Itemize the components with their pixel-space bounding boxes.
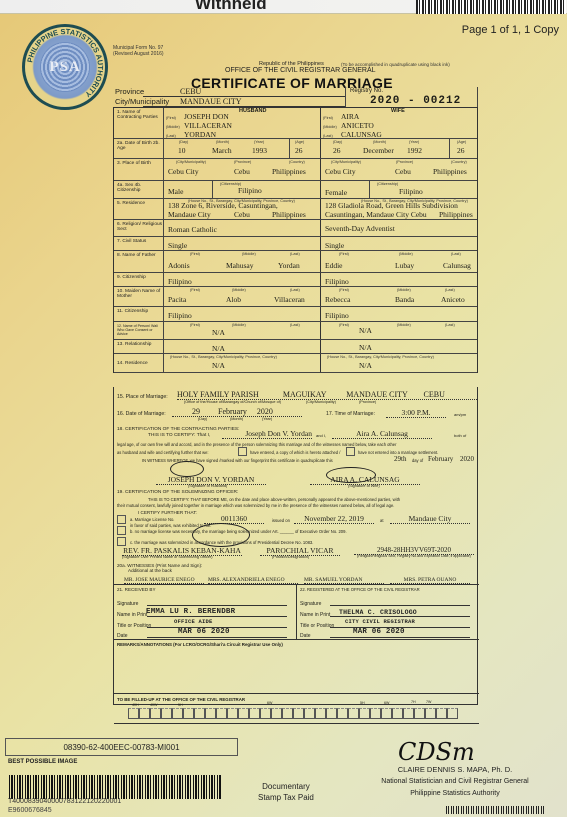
husband-first: JOSEPH DON — [184, 112, 229, 121]
received-title-field: Title or Position — [117, 623, 151, 629]
province-label: Province — [115, 87, 144, 96]
wife-last: CALUNSAG — [341, 130, 382, 139]
wife-consent-residence: N/A — [359, 361, 372, 370]
sublabel: (Month) — [216, 140, 229, 144]
officer-position-label: (Position/Designation) — [272, 555, 309, 559]
wife-name-cell: WIFE (First) AIRA (Middle) ANICETO (Last… — [321, 108, 477, 138]
field-label: Title or Position — [117, 623, 151, 629]
settlement-checkbox-not-entered[interactable] — [346, 447, 355, 456]
wife-residence-country: Philippines — [439, 210, 473, 219]
witness-month: February — [428, 455, 453, 463]
issued-on-label: issued on — [272, 518, 290, 523]
row-mother: 10. Maiden Name of Mother (First) (Middl… — [114, 287, 477, 307]
husband-relationship-cell: N/A — [164, 340, 321, 353]
field-label: Signature — [300, 601, 321, 607]
parties-grid: 1. Name of Contracting Parties HUSBAND (… — [113, 107, 478, 373]
sublabel: (House No., St., Barangay, City/Municipa… — [327, 355, 434, 359]
both-of-label: both of — [454, 433, 466, 438]
cert-parties-line3a: as husband and wife and certifying furth… — [117, 450, 208, 455]
sublabel: (Citizenship) — [377, 182, 398, 186]
sublabel: (Country) — [289, 160, 305, 164]
province-value: CEBU — [180, 87, 201, 96]
row-label: 2a. Date of Birth 2b. Age — [114, 139, 164, 158]
husband-father-cell: (First) (Middle) (Last) Adonis Mahusay Y… — [164, 251, 321, 272]
witness-year: 2020 — [460, 455, 474, 463]
signatory-name: CLAIRE DENNIS S. MAPA, Ph. D. — [360, 764, 550, 776]
wife-consent-cell: (First) (Middle) (Last) N/A — [321, 322, 477, 339]
wife-sex-cell: Female (Citizenship) Filipino — [321, 181, 477, 198]
received-date-stamp: MAR 06 2020 — [178, 628, 230, 636]
wife-sex: Female — [325, 188, 347, 197]
witnesses-sub: Additional at the back — [128, 568, 172, 573]
wife-mother-cell: (First) (Middle) (Last) Rebecca Banda An… — [321, 287, 477, 306]
registry-label: Registry No. — [350, 88, 383, 94]
signatory-signature: CDSm — [398, 738, 475, 766]
husband-mother-cell: (First) (Middle) (Last) Pacita Alob Vill… — [164, 287, 321, 306]
row-label: 12. Name of Person/ Wali Who Gave Consen… — [114, 322, 164, 339]
husband-pob-cell: (City/Municipality) (Province) (Country)… — [164, 159, 321, 180]
row-father: 8. Name of Father (First) (Middle) (Last… — [114, 251, 477, 273]
wife-birth-month: December — [363, 146, 394, 155]
sublabel: (First) — [190, 252, 200, 256]
registered-box: 22. REGISTERED AT THE OFFICE OF THE CIVI… — [297, 584, 479, 639]
sublabel: (Age) — [457, 140, 466, 144]
documentary-stamp-label: Documentary Stamp Tax Paid — [258, 781, 314, 803]
sublabel: (Day) — [333, 140, 342, 144]
row-civil-status: 7. Civil Status Single Single — [114, 237, 477, 251]
date-of-marriage-line: 29 February 2020 — [172, 407, 302, 417]
sublabel: (Middle) — [232, 323, 246, 327]
witness-4-name: MRS. PETRA OUANO — [390, 577, 470, 584]
city-value: MANDAUE CITY — [180, 97, 242, 106]
time-of-marriage: 3:00 P.M. — [386, 408, 446, 418]
sublabel: (Last) — [290, 288, 300, 292]
husband-mother-citizenship-cell: Filipino — [164, 307, 321, 321]
wife-father-last: Calunsag — [443, 261, 471, 270]
row-label: 4a. Sex 4b. Citizenship — [114, 181, 164, 198]
sublabel: (First) — [190, 288, 200, 292]
husband-consent-name: N/A — [212, 328, 225, 337]
sublabel: (House No., St., Barangay, City/Municipa… — [170, 355, 277, 359]
wife-civil-status-cell: Single — [321, 237, 477, 250]
registry-box: Registry No. 2020 - 00212 — [345, 87, 478, 107]
wife-birth-province: Cebu — [395, 167, 411, 176]
received-signature-field: Signature — [117, 601, 138, 607]
certify-further-label: I CERTIFY FURTHER THAT: — [138, 510, 197, 515]
signatory-org: Philippine Statistics Authority — [360, 788, 550, 800]
sublabel: (Middle) — [399, 252, 413, 256]
husband-residence-country: Philippines — [272, 210, 306, 219]
code-label: 5H — [178, 703, 183, 707]
officer-name-label: (Signature Over Printed Name of Solemniz… — [122, 555, 212, 559]
sublabel: (First) — [339, 323, 349, 327]
sublabel: (Middle) — [166, 125, 180, 129]
sublabel: (Day) — [198, 417, 207, 421]
husband-birth-month: March — [212, 146, 232, 155]
seal-center: PSA — [40, 42, 90, 92]
wife-birth-city: Cebu City — [325, 167, 356, 176]
row-label: 10. Maiden Name of Mother — [114, 287, 164, 306]
row-residence: 5. Residence (House No., St., Barangay, … — [114, 199, 477, 220]
field-label: Name in Print — [300, 612, 330, 618]
husband-last: YORDAN — [184, 130, 216, 139]
sublabel: (Month) — [230, 417, 243, 421]
registered-heading: 22. REGISTERED AT THE OFFICE OF THE CIVI… — [300, 587, 420, 592]
wife-mother-last: Aniceto — [441, 295, 465, 304]
field-label: Title or Position — [300, 623, 334, 629]
wife-residence-line1: 128 Gladiola Road, Green Hills Subdivisi… — [325, 201, 458, 210]
received-heading: 21. RECEIVED BY — [117, 587, 156, 592]
place-church: HOLY FAMILY PARISH — [177, 390, 259, 399]
form-meta: Municipal Form No. 97 (Revised August 20… — [113, 45, 164, 57]
field-label: Signature — [117, 601, 138, 607]
option-c-checkbox[interactable] — [117, 537, 126, 546]
wife-religion: Seventh-Day Adventist — [325, 224, 395, 233]
husband-consent-cell: (First) (Middle) (Last) N/A — [164, 322, 321, 339]
husband-birth-province: Cebu — [234, 167, 250, 176]
husband-residence-city: Mandaue City — [168, 210, 211, 219]
row-dob: 2a. Date of Birth 2b. Age (Day) (Month) … — [114, 139, 477, 159]
registered-title-stamp: CITY CIVIL REGISTRAR — [345, 618, 415, 625]
code-label: 6W — [384, 701, 389, 705]
husband-age: 26 — [295, 146, 303, 155]
husband-header: HUSBAND — [239, 108, 267, 114]
signatory-title: National Statistician and Civil Registra… — [360, 776, 550, 788]
license-issued-date: November 22, 2019 — [294, 514, 374, 524]
wife-consent-name: N/A — [359, 326, 372, 335]
received-by-box: 21. RECEIVED BY Signature Name in Print … — [114, 584, 297, 639]
barcode-number: T4000839040000783122120220001 — [8, 798, 121, 805]
wife-header: WIFE — [391, 108, 405, 114]
husband-consent-residence: N/A — [212, 361, 225, 370]
stamp-line2: Stamp Tax Paid — [258, 792, 314, 803]
remarks-box: REMARKS/ANNOTATIONS (For LCRO/OCRG/Shari… — [114, 639, 479, 693]
husband-sig-label: (Signature of Husband) — [188, 484, 227, 488]
row-label: 5. Residence — [114, 199, 164, 219]
row-relationship: 13. Relationship N/A N/A — [114, 340, 477, 354]
row-mother-citizenship: 11. Citizenship Filipino Filipino — [114, 307, 477, 322]
code-label: 7W — [426, 700, 431, 704]
code-label: 40H — [132, 703, 139, 707]
wife-father-citizenship-cell: Filipino — [321, 273, 477, 286]
wife-mother-citizenship: Filipino — [325, 311, 349, 320]
cert-parties-line4: IN WITNESS WHEREOF, we have signed /mark… — [142, 458, 333, 463]
code-label: 6W — [267, 701, 272, 705]
row-father-citizenship: 9. Citizenship Filipino Filipino — [114, 273, 477, 287]
sublabel: (Province) — [234, 160, 251, 164]
husband-civil-status: Single — [168, 241, 187, 250]
cert-parties-line3b: have entered, a copy of which is hereto … — [250, 450, 340, 455]
ampm-label: am/pm — [454, 412, 466, 417]
sublabel: (City/Municipality) — [331, 160, 361, 164]
sublabel: (Last) — [445, 288, 455, 292]
husband-dob-cell: (Day) (Month) (Year) (Age) 10 March 1993… — [164, 139, 321, 158]
place-barangay: MAGUIKAY — [283, 390, 326, 399]
sublabel: (Province) — [396, 160, 413, 164]
registered-title-field: Title or Position — [300, 623, 334, 629]
received-title-stamp: OFFICE AIDE — [174, 618, 213, 625]
husband-father-middle: Mahusay — [226, 261, 254, 270]
row-label: 13. Relationship — [114, 340, 164, 353]
wife-citizenship: Filipino — [399, 187, 423, 196]
place-of-marriage-label: 15. Place of Marriage: — [117, 394, 168, 400]
registry-number: 2020 - 00212 — [370, 95, 461, 107]
husband-middle: VILLACERAN — [184, 121, 232, 130]
marriage-year: 2020 — [257, 407, 273, 416]
page-label: Page 1 of 1, 1 Copy — [462, 24, 559, 36]
wife-birth-country: Philippines — [433, 167, 467, 176]
sublabel: (First) — [339, 288, 349, 292]
sublabel: (Last) — [323, 134, 333, 138]
officer-line1: THIS IS TO CERTIFY: THAT BEFORE ME, on t… — [148, 497, 400, 502]
sublabel: (Last) — [451, 252, 461, 256]
barcode-icon — [9, 775, 221, 799]
wife-birth-day: 26 — [333, 146, 341, 155]
settlement-checkbox-entered[interactable] — [238, 447, 247, 456]
row-consent-residence: 14. Residence (House No., St., Barangay,… — [114, 354, 477, 373]
husband-father-citizenship-cell: Filipino — [164, 273, 321, 286]
stamp-line1: Documentary — [258, 781, 314, 792]
sublabel: (Year) — [254, 140, 264, 144]
wife-first: AIRA — [341, 112, 359, 121]
sublabel: (First) — [190, 323, 200, 327]
registered-name-field: Name in Print — [300, 612, 330, 618]
registered-signature-field: Signature — [300, 601, 321, 607]
registered-name-stamp: THELMA C. CRISOLOGO — [339, 609, 417, 616]
husband-religion-cell: Roman Catholic — [164, 220, 321, 236]
wife-mother-middle: Banda — [395, 295, 414, 304]
wife-residence-cell: (House No., St., Barangay, City/Municipa… — [321, 199, 477, 219]
sublabel: (Year) — [262, 417, 272, 421]
husband-name-cell: HUSBAND (First) JOSEPH DON (Middle) VILL… — [164, 108, 321, 138]
husband-mother-last: Villaceran — [274, 295, 305, 304]
husband-sex-cell: Male (Citizenship) Filipino — [164, 181, 321, 198]
license-issued-place: Mandaue City — [390, 514, 470, 524]
sublabel: (Middle) — [242, 252, 256, 256]
sublabel: (Middle) — [397, 288, 411, 292]
small-barcode-icon — [446, 806, 546, 814]
wife-father-citizenship: Filipino — [325, 277, 349, 286]
wife-age: 26 — [457, 146, 465, 155]
row-label: 8. Name of Father — [114, 251, 164, 272]
best-possible-image-label: BEST POSSIBLE IMAGE — [8, 759, 77, 765]
row-label: 3. Place of Birth — [114, 159, 164, 180]
officer-registry-label: (Religion/Religious Sect, Registry No.an… — [354, 554, 474, 558]
sublabel: (Middle) — [397, 323, 411, 327]
witness-3-name: MR. SAMUEL YORDAN — [304, 577, 384, 584]
form-revision: (Revised August 2016) — [113, 51, 164, 57]
serial-number: E9600676845 — [8, 807, 52, 814]
option-a-label: a. Marriage License No. — [130, 517, 174, 522]
option-a-checkbox[interactable] — [117, 515, 126, 524]
place-sub-office: (Office of the/House of/Barangay of/Chur… — [184, 400, 281, 404]
wife-middle: ANICETO — [341, 121, 374, 130]
registered-date-stamp: MAR 06 2020 — [353, 628, 405, 636]
sublabel: (Last) — [290, 252, 300, 256]
day-of-label: day of — [412, 458, 423, 463]
row-label: 6. Religion/ Religious Sect — [114, 220, 164, 236]
witness-2-name: MRS. ALEXANDRIELA ENEGO — [208, 577, 298, 584]
place-city: MANDAUE CITY — [346, 390, 407, 399]
office-label: OFFICE OF THE CIVIL REGISTRAR GENERAL — [225, 67, 376, 74]
officer-line2: their mutual consent, lawfully joined to… — [117, 503, 394, 508]
wife-pob-cell: (City/Municipality) (Province) (Country)… — [321, 159, 477, 180]
wife-civil-status: Single — [325, 241, 344, 250]
row-label: 9. Citizenship — [114, 273, 164, 286]
and-i-label: and I, — [316, 433, 326, 438]
wife-father-cell: (First) (Middle) (Last) Eddie Lubay Calu… — [321, 251, 477, 272]
row-place-of-birth: 3. Place of Birth (City/Municipality) (P… — [114, 159, 477, 181]
cert-wife-name: Aira A. Calunsag — [332, 429, 432, 439]
place-of-marriage-line: HOLY FAMILY PARISH MAGUIKAY MANDAUE CITY… — [177, 390, 477, 400]
sublabel: (Age) — [295, 140, 304, 144]
row-religion: 6. Religion/ Religious Sect Roman Cathol… — [114, 220, 477, 237]
wife-dob-cell: (Day) (Month) (Year) (Age) 26 December 1… — [321, 139, 477, 158]
wife-father-middle: Lubay — [395, 261, 414, 270]
place-sub-city: (City/Municipality) — [306, 400, 336, 404]
cert-parties-line1: THIS IS TO CERTIFY: That I, — [148, 433, 210, 438]
sublabel: (Last) — [445, 323, 455, 327]
city-label: City/Municipality — [115, 97, 169, 106]
field-label: Name in Print — [117, 612, 147, 618]
cert-husband-name: Joseph Don V. Yordan — [222, 429, 312, 439]
sublabel: (City/Municipality) — [176, 160, 206, 164]
wife-mother-first: Rebecca — [325, 295, 350, 304]
witness-1-name: MR. JOSE MAURICE ENEGO — [124, 577, 204, 584]
husband-civil-status-cell: Single — [164, 237, 321, 250]
sublabel: (Month) — [373, 140, 386, 144]
husband-mother-middle: Alob — [226, 295, 241, 304]
filled-up-heading: TO BE FILLED-UP AT THE OFFICE OF THE CIV… — [117, 697, 245, 702]
sublabel: (First) — [323, 116, 333, 120]
officer-signature-icon — [192, 523, 250, 547]
code-label: 7H — [411, 700, 416, 704]
psa-seal-icon: PHILIPPINE STATISTICS AUTHORITY PSA — [22, 24, 108, 110]
husband-birth-country: Philippines — [272, 167, 306, 176]
husband-birth-city: Cebu City — [168, 167, 199, 176]
row-label: 14. Residence — [114, 354, 164, 372]
sublabel: (Day) — [179, 140, 188, 144]
withheld-text: Withheld — [195, 0, 267, 14]
husband-mother-citizenship: Filipino — [168, 311, 192, 320]
sublabel: (First) — [339, 252, 349, 256]
code-label: 5H — [360, 701, 365, 705]
top-barcode — [416, 0, 566, 14]
husband-residence-line1: 138 Zone 6, Riverside, Casuntingan, — [168, 201, 278, 210]
witness-day: 29th — [394, 455, 406, 463]
sublabel: (Last) — [290, 323, 300, 327]
received-name-field: Name in Print — [117, 612, 147, 618]
sublabel: (Last) — [166, 134, 176, 138]
husband-birth-day: 10 — [178, 146, 186, 155]
husband-sex: Male — [168, 187, 183, 196]
row-label: 7. Civil Status — [114, 237, 164, 250]
time-of-marriage-label: 17. Time of Marriage: — [326, 411, 375, 417]
sublabel: (Country) — [451, 160, 467, 164]
husband-citizenship: Filipino — [238, 186, 262, 195]
row-label: 11. Citizenship — [114, 307, 164, 321]
sublabel: (Year) — [409, 140, 419, 144]
husband-mother-first: Pacita — [168, 295, 186, 304]
code-boxes — [128, 708, 458, 719]
place-sub-province: (Province) — [359, 400, 376, 404]
marriage-day: 29 — [192, 407, 200, 416]
wife-residence-line2: Casuntingan, Mandaue City Cebu — [325, 210, 427, 219]
husband-religion: Roman Catholic — [168, 225, 217, 234]
wife-consent-residence-cell: (House No., St., Barangay, City/Municipa… — [321, 354, 477, 372]
row-names: 1. Name of Contracting Parties HUSBAND (… — [114, 108, 477, 139]
date-of-marriage-label: 16. Date of Marriage: — [117, 411, 166, 417]
husband-father-first: Adonis — [168, 261, 190, 270]
officer-heading: 19. CERTIFICATION OF THE SOLEMNIZING OFF… — [117, 490, 238, 495]
wife-birth-year: 1992 — [407, 146, 422, 155]
husband-residence-cell: (House No., St., Barangay, City/Municipa… — [164, 199, 321, 219]
at-label: at — [380, 518, 384, 523]
document-id: 08390-62-400EEC-00783-MI001 — [5, 738, 238, 756]
sublabel: (Middle) — [323, 125, 337, 129]
wife-religion-cell: Seventh-Day Adventist — [321, 220, 477, 236]
wife-father-first: Eddie — [325, 261, 343, 270]
received-name-stamp: EMMA LU R. BERENDBR — [146, 608, 235, 616]
marriage-month: February — [218, 407, 247, 416]
wife-sig-label: (Signature of Wife) — [348, 484, 380, 488]
row-consent: 12. Name of Person/ Wali Who Gave Consen… — [114, 322, 477, 340]
sublabel: (First) — [166, 116, 176, 120]
remarks-heading: REMARKS/ANNOTATIONS (For LCRO/OCRG/Shari… — [117, 642, 283, 647]
code-label: 40W — [150, 703, 157, 707]
wife-relationship: N/A — [359, 343, 372, 352]
husband-birth-year: 1993 — [252, 146, 267, 155]
filled-up-box: TO BE FILLED-UP AT THE OFFICE OF THE CIV… — [114, 693, 479, 724]
husband-residence-province: Cebu — [234, 210, 250, 219]
husband-father-citizenship: Filipino — [168, 277, 192, 286]
marriage-certificate-form: Municipal Form No. 97 (Revised August 20… — [113, 45, 478, 705]
option-b-checkbox[interactable] — [117, 526, 126, 535]
wife-relationship-cell: N/A — [321, 340, 477, 353]
husband-consent-residence-cell: (House No., St., Barangay, City/Municipa… — [164, 354, 321, 372]
wife-mother-citizenship-cell: Filipino — [321, 307, 477, 321]
row-sex-citizenship: 4a. Sex 4b. Citizenship Male (Citizenshi… — [114, 181, 477, 199]
signatory-block: CLAIRE DENNIS S. MAPA, Ph. D. National S… — [360, 764, 550, 800]
husband-father-last: Yordan — [278, 261, 300, 270]
row-label: 1. Name of Contracting Parties — [114, 108, 164, 138]
lower-section: 15. Place of Marriage: HOLY FAMILY PARIS… — [113, 387, 478, 705]
place-province: CEBU — [424, 390, 445, 399]
sublabel: (Middle) — [232, 288, 246, 292]
husband-relationship: N/A — [212, 344, 225, 353]
